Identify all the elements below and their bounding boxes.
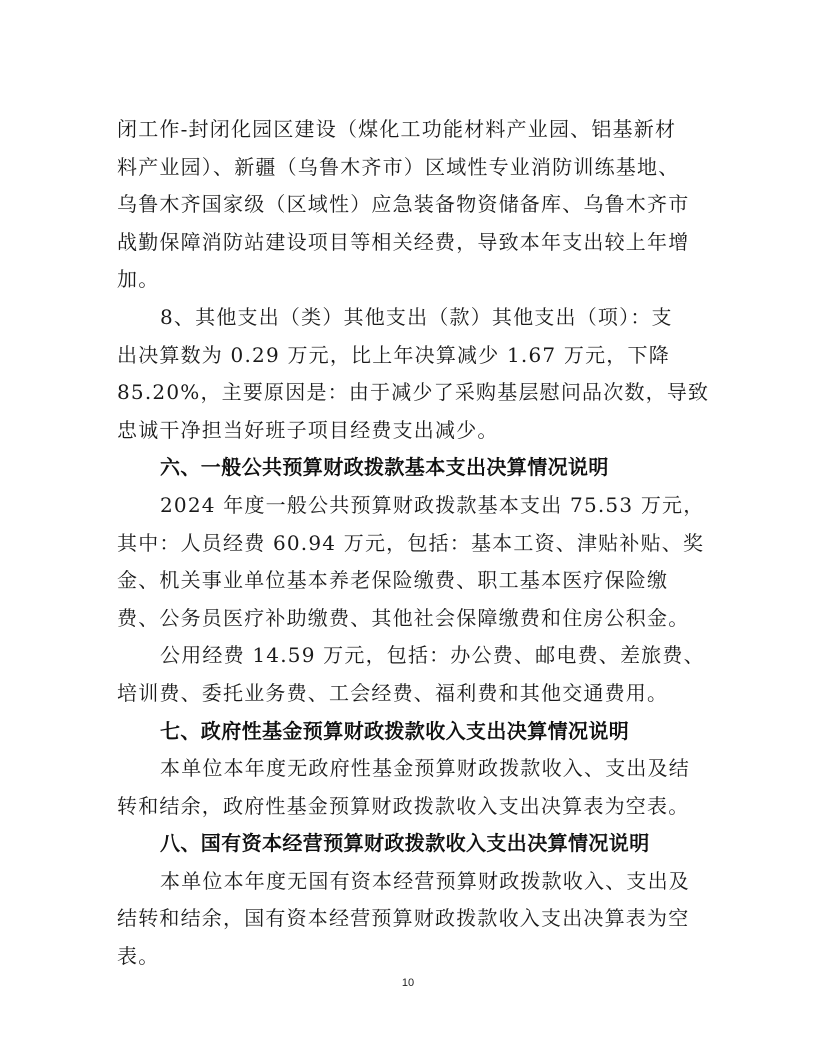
text-line: 8、其他支出（类）其他支出（款）其他支出（项）：支: [117, 299, 703, 337]
text-line: 乌鲁木齐国家级（区域性）应急装备物资储备库、乌鲁木齐市: [117, 186, 703, 224]
text-line: 转和结余，政府性基金预算财政拨款收入支出决算表为空表。: [117, 788, 703, 826]
text-line: 85.20%，主要原因是：由于减少了采购基层慰问品次数，导致: [117, 374, 703, 412]
text-line: 金、机关事业单位基本养老保险缴费、职工基本医疗保险缴: [117, 562, 703, 600]
section-heading-7: 七、政府性基金预算财政拨款收入支出决算情况说明: [117, 713, 703, 751]
section-heading-8: 八、国有资本经营预算财政拨款收入支出决算情况说明: [117, 825, 703, 863]
text-line: 公用经费 14.59 万元，包括：办公费、邮电费、差旅费、: [117, 637, 703, 675]
text-line: 培训费、委托业务费、工会经费、福利费和其他交通费用。: [117, 675, 703, 713]
text-line: 本单位本年度无国有资本经营预算财政拨款收入、支出及: [117, 863, 703, 901]
text-line: 表。: [117, 938, 703, 976]
document-body: 闭工作-封闭化园区建设（煤化工功能材料产业园、铝基新材 料产业园）、新疆（乌鲁木…: [117, 111, 703, 976]
text-line: 其中：人员经费 60.94 万元，包括：基本工资、津贴补贴、奖: [117, 525, 703, 563]
text-line: 忠诚干净担当好班子项目经费支出减少。: [117, 412, 703, 450]
text-line: 费、公务员医疗补助缴费、其他社会保障缴费和住房公积金。: [117, 600, 703, 638]
text-line: 本单位本年度无政府性基金预算财政拨款收入、支出及结: [117, 750, 703, 788]
text-line: 战勤保障消防站建设项目等相关经费，导致本年支出较上年增: [117, 224, 703, 262]
text-line: 闭工作-封闭化园区建设（煤化工功能材料产业园、铝基新材: [117, 111, 703, 149]
section-heading-6: 六、一般公共预算财政拨款基本支出决算情况说明: [117, 449, 703, 487]
text-line: 结转和结余，国有资本经营预算财政拨款收入支出决算表为空: [117, 900, 703, 938]
text-line: 加。: [117, 261, 703, 299]
text-line: 出决算数为 0.29 万元，比上年决算减少 1.67 万元，下降: [117, 337, 703, 375]
text-line: 料产业园）、新疆（乌鲁木齐市）区域性专业消防训练基地、: [117, 149, 703, 187]
page-number: 10: [0, 977, 816, 989]
text-line: 2024 年度一般公共预算财政拨款基本支出 75.53 万元，: [117, 487, 703, 525]
